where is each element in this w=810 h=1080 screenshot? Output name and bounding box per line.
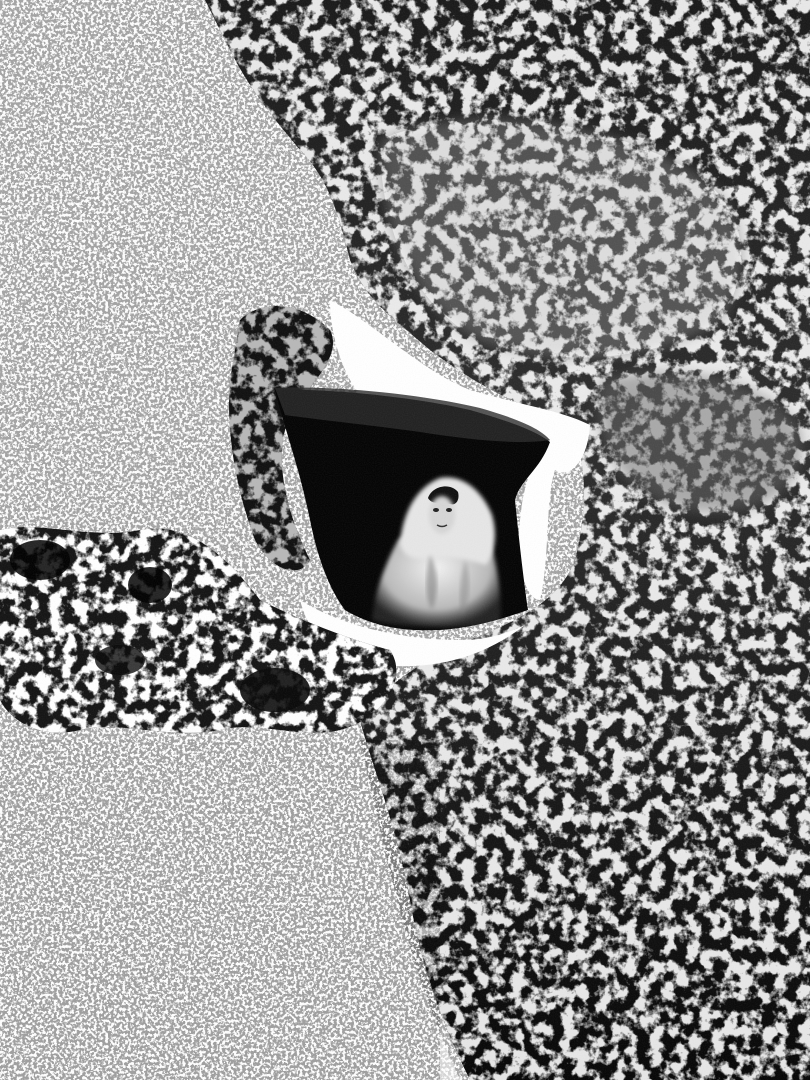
photograph: A veiled figure in a white dress stands … — [0, 0, 810, 1080]
photo-canvas — [0, 0, 810, 1080]
